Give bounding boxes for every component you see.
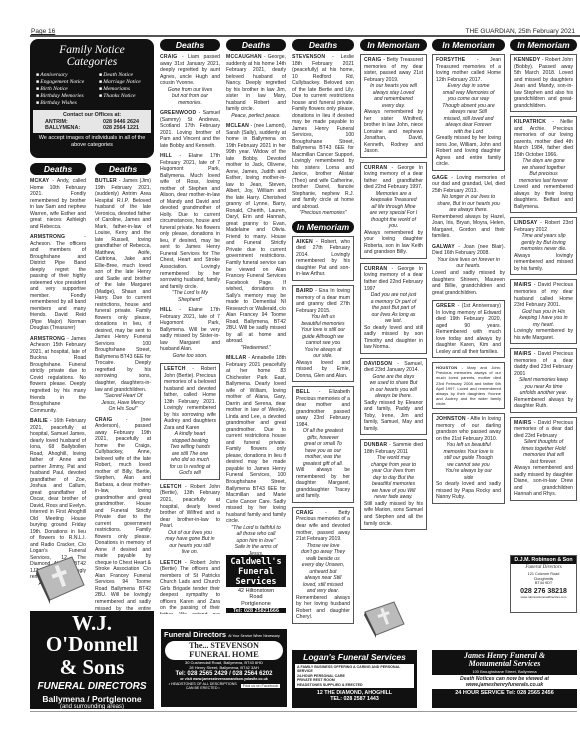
notice: MAIRS - David Precious memories of a dea… — [510, 417, 577, 501]
category-item: Birthday Memories — [36, 93, 96, 99]
ad-website: www.robinsonfuneraldirectors.com — [511, 595, 576, 599]
notice-surname: CRAIG — [296, 510, 313, 516]
notice-text: - Robert John (Bobby). Passed away 5th M… — [514, 57, 573, 109]
notice-signoff: Remembered always by her loving husband … — [296, 595, 350, 621]
ad-tagline: Funeral Directors — [511, 565, 576, 570]
notice-surname: MAIRS — [514, 351, 531, 357]
notice-text: - Acheson. The officers and members of B… — [30, 234, 86, 331]
notice-verse: Gone from our lives but not from our mem… — [160, 87, 220, 107]
notice-text: - Robert John (Bertie). Precious memorie… — [164, 366, 216, 431]
deaths-column-1: Deaths MCKAY - Andy, called Home 10th Fe… — [30, 163, 86, 598]
notice: GREENWOOD - Samuel (Sammy) St Andrews, S… — [160, 110, 220, 149]
bible-icon — [32, 555, 87, 605]
ad-company-name: Logan's Funeral Services — [292, 652, 417, 662]
ad-banner-sub: At Your Service When Necessary — [228, 634, 280, 638]
office-name: BALLYMENA: — [45, 125, 80, 131]
category-item: Birthday Wishes — [36, 100, 96, 106]
notice-surname: GAGE — [432, 175, 448, 181]
notice-surname: JOHNSTON — [436, 416, 466, 422]
family-notice-categories: Family Notice Categories Anniversary Dea… — [30, 39, 154, 158]
bible-icon — [362, 600, 407, 638]
notice-text: - James Acheson 15th February 2021, at h… — [30, 336, 86, 414]
bible-image — [32, 555, 87, 605]
deaths-column-4: Deaths MCCAUGHAN - George, suddenly at h… — [226, 39, 286, 569]
notice-surname: HILL — [160, 153, 172, 159]
notice-surname: MAIRS — [514, 420, 531, 426]
notice-text: - Robert John (Bertie) The officers and … — [160, 560, 220, 614]
category-item: Death Notice — [99, 72, 159, 78]
notice: AIKEN - Robert, who died 27th February 2… — [292, 236, 354, 281]
section-heading: In Memoriam — [510, 39, 577, 51]
bible-image — [362, 600, 407, 638]
notice-text: - Robert John (Bertie), 13th February 20… — [160, 484, 220, 529]
notice-verse: "The Lord is faithful to all those who c… — [226, 525, 286, 558]
ad-company-name: W.J. O'Donnell — [30, 613, 154, 655]
notice-text: - Elaine 17th February 2021, late of 7 H… — [160, 307, 220, 352]
notice-text: - Robert, who died 27th February 2014. L… — [296, 239, 350, 278]
notice-verse: No longer in our lives to share, But in … — [432, 194, 505, 214]
notice-signoff: Greatly missed by her loving sons Joe, W… — [436, 135, 501, 168]
notice-surname: MAIRS — [514, 282, 531, 288]
notice-surname: CRAIG — [364, 57, 381, 63]
notice-surname: HILL — [160, 307, 172, 313]
notices: BUTLER - James (Jim) 19th February 2021,… — [95, 178, 151, 638]
notice: CURRAN - George In loving memory of a de… — [360, 162, 427, 259]
notice: HOUSTON - Mary and John. Precious memori… — [432, 362, 505, 409]
notice: MCLEAN - (nee Lamont), Sarah (Sally), su… — [226, 123, 286, 351]
notice-verse: "The Lord Is My Shepherd" — [160, 290, 220, 303]
ad-phone: Tel: 028 25821666 — [226, 608, 286, 613]
notice: GAGE - Loving memories of our dad and gr… — [432, 175, 505, 240]
notice-surname: KENNEDY — [514, 57, 540, 63]
notice-verse: "Sacred Heart Of Jesus, Have Mercy On Hi… — [95, 393, 151, 413]
notice: FORSYTHE - Jean Treasured memories of a … — [432, 54, 505, 171]
memoriam-column-7: In Memoriam FORSYTHE - Jean Treasured me… — [432, 39, 505, 639]
notice-text: - (nee Lamont), Sarah (Sally), suddenly … — [226, 123, 286, 344]
notice-surname: MILLAR — [226, 355, 246, 361]
notice-surname: DUNBAR — [364, 442, 387, 448]
ad-address: BT44 9DT — [511, 581, 576, 586]
notice-surname: STEVENSON — [292, 54, 325, 60]
notice-surname: BAILIE — [30, 418, 48, 424]
notice: MILLAR - Annabelle 18th February 2021 pe… — [226, 355, 286, 557]
notice-verse: "Redeemed." — [226, 345, 286, 352]
notice-verse: Peace, perfect peace. — [226, 113, 286, 120]
notice-verse: Dad you are not just a memory Or part of… — [364, 292, 423, 325]
notice: CRAIG - Liam passed away 31st January 20… — [160, 54, 220, 106]
notice-text: - Elaine 17th February 2021, late of 7 H… — [160, 153, 220, 289]
notice-text: - Annabelle 18th February 2021 peacefull… — [226, 355, 286, 524]
notice: DAVIDSON - Samuel, died 23rd January 201… — [360, 358, 427, 436]
notice-verse: Gone are the days we used to share But i… — [364, 374, 423, 400]
notice: HILL - Elaine 17th February 2021, late o… — [160, 307, 220, 359]
notice-verse: The world may change from year to year O… — [364, 455, 423, 501]
page-header: Page 16 THE GUARDIAN, 25th February 2021 — [30, 27, 580, 37]
notice-surname: CRAIG — [160, 54, 177, 60]
category-item: Engagement Notice — [36, 79, 96, 85]
notice: GALWAY - Joan (nee Blair). Died 16th Feb… — [432, 244, 505, 296]
notice: CRAIG - Betty Treasured memories of my d… — [360, 54, 427, 158]
deaths-column-2: Deaths BUTLER - James (Jim) 19th Februar… — [95, 163, 151, 642]
notice-surname: GREER — [436, 303, 455, 309]
notice-text: - (nee Anderson), passed away February 1… — [95, 417, 151, 625]
deaths-column-3: Deaths CRAIG - Liam passed away 31st Jan… — [160, 39, 220, 614]
notice-verse: You left us beautiful memories Your love… — [436, 442, 501, 481]
notice-surname: CURRAN — [364, 165, 387, 171]
notice-surname: MCLEAN — [226, 123, 249, 129]
publication-date: THE GUARDIAN, 25th February 2021 — [466, 28, 575, 35]
notice: MCKAY - Andy, called Home 10th February … — [30, 178, 86, 230]
contact-box: Contact our Offices at: ANTRIM:028 9446 … — [33, 110, 151, 133]
notice-surname: MCKAY — [30, 178, 49, 184]
category-item: Marriage Notice — [99, 79, 159, 85]
notice-verse: "Precious memories" — [292, 210, 354, 217]
notice: HILL - Elaine 17th February 2021, late o… — [160, 153, 220, 303]
notice: STEVENSON - Leslie 18th February 2021 (p… — [292, 54, 354, 217]
notice-surname: ARMSTRONG — [30, 336, 65, 342]
ad-bullet: HEADSTONES SUPPLIED & ERECTED — [297, 683, 412, 687]
notice: BELL - Elizabeth Precious memories of a … — [292, 386, 354, 503]
notice-signoff: Will always be remembered by her daughte… — [296, 467, 350, 500]
ad-company-name: Services — [226, 577, 286, 587]
notice-text: - Elizabeth Precious memories of a dear … — [296, 389, 350, 428]
notice-surname: CRAIG — [95, 417, 112, 423]
ad-company-name: & Sons — [30, 657, 154, 678]
notice-text: - Nellie and Archie. Precious memories o… — [514, 119, 573, 158]
notice-signoff: Loved and remembered always by their lov… — [514, 184, 573, 210]
notice-surname: MCCAUGHAN — [226, 54, 262, 60]
notice-signoff: Lovingly remembered by his wife Margaret… — [514, 328, 573, 341]
notice-signoff: Loved and sadly missed by daughters Shir… — [432, 270, 505, 296]
notice-surname: ARMSTRONG — [30, 234, 65, 240]
notice-signoff: Remembered always by Hazel, Joan, Iris, … — [432, 214, 505, 240]
ad-company-name: D.J.M. Robinson & Son — [511, 556, 576, 564]
categories-title: Family Notice Categories — [34, 44, 150, 68]
notice-verse: Every day in some small way Memories of … — [436, 83, 501, 135]
section-heading: In Memoriam — [432, 39, 505, 51]
category-item: Memoriams — [99, 86, 159, 92]
ad-bullet: A FAMILY BUSINESS OFFERING A CARING AND … — [297, 665, 412, 674]
ad-tagline: FUNERAL DIRECTORS — [30, 681, 154, 692]
notice-surname: GALWAY — [432, 244, 455, 250]
ad-phone: 24 HOUR SERVICE Tel: 028 2565 2456 — [432, 690, 577, 696]
notice: GREER - (1st Anniversary) In loving memo… — [432, 300, 505, 358]
notice-signoff: Always lovingly remembered and missed by… — [514, 253, 573, 273]
section-heading: Deaths — [95, 163, 151, 175]
notice-text: - Samuel (Sammy) St Andrews, Scotland 17… — [160, 110, 220, 149]
notice: MAIRS - David Precious memories of a dea… — [510, 348, 577, 413]
memoriam-notices: KENNEDY - Robert John (Bobby). Passed aw… — [510, 54, 577, 501]
ad-company-name: Caldwell's — [226, 557, 286, 567]
notice: MCCAUGHAN - George, suddenly at his home… — [226, 54, 286, 119]
notice: LEETCH - Robert John (Bertie) The office… — [160, 560, 220, 614]
notice: CURRAN - George In loving memory of a de… — [360, 263, 427, 354]
notice-verse: The days are gone we shared together But… — [514, 158, 573, 184]
notice-surname: LINDSAY — [514, 220, 537, 226]
notice-text: - George, suddenly at his home 14th Febr… — [226, 54, 286, 112]
memoriam-column-8: In Memoriam KENNEDY - Robert John (Bobby… — [510, 39, 577, 549]
office-ballymena: BALLYMENA:028 2564 1221 — [39, 125, 145, 131]
notices: CRAIG - Liam passed away 31st January 20… — [160, 54, 220, 614]
ad-subtext: (and surrounding areas) — [30, 704, 154, 709]
notice-verse: Memories are a keepsake Treasured all li… — [364, 191, 423, 230]
notice: LEETCH - Robert John (Bertie), 13th Febr… — [160, 484, 220, 556]
memoriam-notices: AIKEN - Robert, who died 27th February 2… — [292, 236, 354, 624]
notice-text: - James (Jim) 19th February 2021, (sudde… — [95, 178, 151, 393]
notice-verse: Silent thoughts of times together Hold m… — [514, 439, 573, 465]
notice-verse: In our hearts you will always stay Loved… — [364, 83, 423, 109]
notice-signoff: Remembered always by daughter Ruth. — [514, 397, 573, 410]
james-henry-ad: James Henry Funeral &Monumental Services… — [432, 650, 577, 708]
notice-verse: You left us beautiful memories Your love… — [296, 314, 350, 360]
office-phone: 028 2564 1221 — [103, 125, 139, 131]
notice-surname: AIKEN — [296, 239, 313, 245]
ad-company-name: Funeral — [226, 567, 286, 577]
notice-signoff: Still sadly missed by his wife Marion, s… — [364, 501, 423, 527]
category-list: Anniversary Death Notice Engagement Noti… — [34, 72, 150, 106]
ad-address: Portglenone — [226, 601, 286, 607]
ad-company-name: FUNERAL HOME — [165, 650, 283, 659]
notice-surname: GREENWOOD — [160, 110, 196, 116]
notice-text: - Leslie 18th February 2021 (peacefully)… — [292, 54, 354, 210]
notice-verse: Out of our lives you may have gone But i… — [160, 530, 220, 556]
ad-phone: TEL: 028 2587 1443 — [292, 696, 417, 702]
caldwell-ad: Caldwell's Funeral Services 42 Hiltonsto… — [226, 555, 286, 613]
notice: MAIRS - David Precious memories of my de… — [510, 279, 577, 344]
notice-surname: KILPATRICK — [514, 119, 546, 125]
notice: CRAIG - Betty Precious memories of a dea… — [292, 507, 354, 624]
notice-text: - (1st Anniversary) In loving memory of … — [436, 303, 501, 355]
notice-text: - Andy, called Home 10th February 2021. … — [30, 178, 86, 230]
notices: MCKAY - Andy, called Home 10th February … — [30, 178, 86, 594]
ad-banner: Funeral Directors — [164, 630, 226, 639]
category-item: Birth Notice — [36, 86, 96, 92]
notice: BUTLER - James (Jim) 19th February 2021,… — [95, 178, 151, 413]
notice-surname: BELL — [296, 389, 310, 395]
notice-verse: Of all the greatest gifts, however great… — [296, 428, 350, 467]
notice-verse: Silent memories keep you near As time un… — [514, 377, 573, 397]
ad-phone: 028 276 38218 — [511, 588, 576, 595]
logans-ad: Logan's Funeral Services A FAMILY BUSINE… — [292, 650, 417, 708]
section-heading: Deaths — [292, 39, 354, 51]
notice-verse: Your love lives on forever in our hearts… — [432, 257, 505, 270]
notice-verse: Time and years slip gently by But loving… — [514, 233, 573, 253]
notice-signoff: Always remembered by her sister Winifred… — [364, 109, 423, 155]
section-heading: Deaths — [226, 39, 286, 51]
notice: JOHNSTON - Alfie In loving memory of our… — [432, 413, 505, 504]
notice-surname: LEETCH — [160, 560, 182, 566]
notice-surname: BAIRD — [296, 288, 313, 294]
notice: ARMSTRONG - James Acheson 15th February … — [30, 336, 86, 414]
memoriam-column-6: In Memoriam CRAIG - Betty Treasured memo… — [360, 39, 427, 639]
notice-signoff: Always loved and missed by Ernie, Donna,… — [296, 360, 350, 380]
notice-verse: God has you in His keeping I have you in… — [514, 309, 573, 329]
page-bottom-rule — [30, 711, 577, 712]
memoriam-notices: CRAIG - Betty Treasured memories of my d… — [360, 54, 427, 530]
notice-surname: BUTLER — [95, 178, 117, 184]
notice: ARMSTRONG - Acheson. The officers and me… — [30, 234, 86, 332]
section-heading: Deaths — [30, 163, 86, 175]
notice: LINDSAY - Robert 23rd February 2012Time … — [510, 217, 577, 275]
notice-verse: Those we love don't go away They walk be… — [296, 543, 350, 595]
contact-title: Contact our Offices at: — [39, 112, 145, 118]
ad-company-name: Monumental Services — [432, 660, 577, 668]
notice-text: - Mary and John. Precious memories alway… — [436, 365, 501, 406]
notice-signoff: Always remembered by your loving daughte… — [364, 230, 423, 256]
notice-surname: LEETCH — [160, 484, 182, 490]
notices: STEVENSON - Leslie 18th February 2021 (p… — [292, 54, 354, 217]
notice: DUNBAR - Sammie died 18th February 2011T… — [360, 439, 427, 530]
memoriam-notices: FORSYTHE - Jean Treasured memories of a … — [432, 54, 505, 504]
stevenson-ad: Funeral Directors At Your Service When N… — [161, 629, 287, 707]
category-item: Anniversary — [36, 72, 96, 78]
facebook-badge: Find us on Facebook — [241, 684, 280, 688]
ad-headstones: • HEADSTONES OF ALL DESCRIPTIONS CAN BE … — [168, 682, 238, 690]
notice-verse: A kindly heart stopped beating Two willi… — [164, 431, 216, 477]
notices: MCCAUGHAN - George, suddenly at his home… — [226, 54, 286, 557]
odonnell-ad: W.J. O'Donnell & Sons FUNERAL DIRECTORS … — [30, 611, 154, 709]
robinson-ad: D.J.M. Robinson & Son Funeral Directors … — [510, 555, 577, 613]
notice: KENNEDY - Robert John (Bobby). Passed aw… — [510, 54, 577, 112]
notice: LEETCH - Robert John (Bertie). Precious … — [160, 363, 220, 480]
ad-website: www.jameshenryfunerals.co.uk — [432, 682, 577, 688]
notice: BAIRD - Ena In loving memory of a dear m… — [292, 285, 354, 382]
section-heading: In Memoriam — [292, 221, 354, 233]
notice-signoff: So dearly loved and sadly missed by Papa… — [436, 481, 501, 501]
notice-surname: FORSYTHE — [436, 57, 465, 63]
notice-verse: Gone too soon. — [160, 353, 220, 360]
page-number: Page 16 — [31, 28, 55, 35]
notice-signoff: Always remembered and sadly missed by da… — [514, 465, 573, 498]
ad-address: 100 Broughshane Street, Ballymena — [432, 669, 577, 674]
ad-locations: Ballymena / Portglenone — [30, 694, 154, 704]
ad-website: or visit www.jamesstevensonandson.yolasi… — [161, 677, 287, 681]
notice-signoff: Sadly missed by Eleanor and family, Padd… — [364, 400, 423, 433]
images-note: We accept images of individuals in all o… — [34, 135, 150, 148]
notice: CRAIG - (nee Anderson), passed away Febr… — [95, 417, 151, 639]
category-item: Thanks Notice — [99, 93, 159, 99]
notice-surname: DAVIDSON — [364, 361, 392, 367]
section-heading: In Memoriam — [360, 39, 427, 51]
deaths-memoriam-column-5: Deaths STEVENSON - Leslie 18th February … — [292, 39, 354, 639]
notice-signoff: So dearly loved and still sadly missed b… — [364, 325, 423, 351]
notice-surname: CURRAN — [364, 266, 387, 272]
section-heading: Deaths — [160, 39, 220, 51]
notice: KILPATRICK - Nellie and Archie. Precious… — [510, 116, 577, 213]
notice-surname: LEETCH — [164, 366, 186, 372]
